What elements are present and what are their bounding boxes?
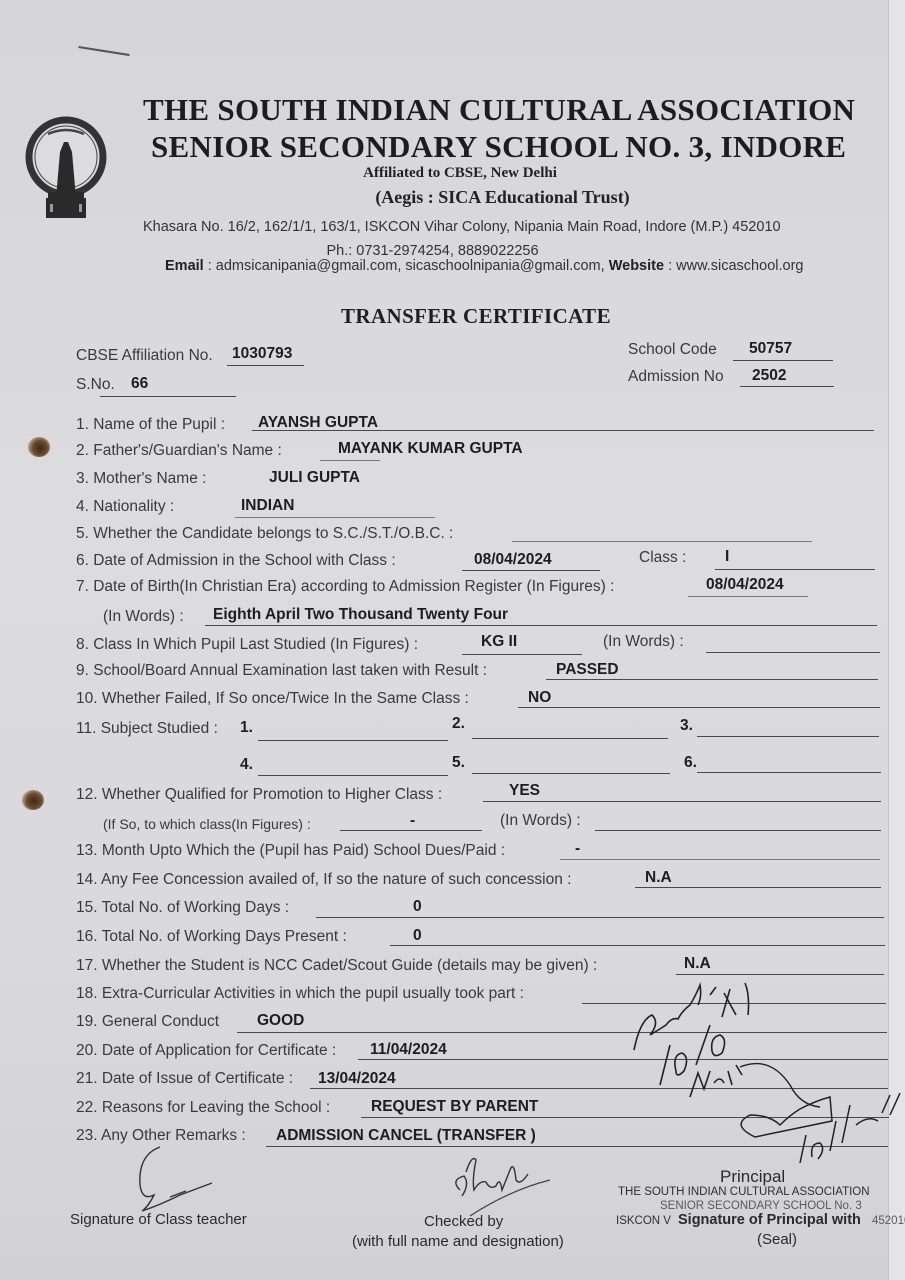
school-code-value: 50757 xyxy=(749,340,792,358)
field-20-label: 20. Date of Application for Certificate … xyxy=(76,1042,336,1060)
underline xyxy=(733,360,833,361)
aegis-text: (Aegis : SICA Educational Trust) xyxy=(0,187,905,208)
field-17-value: N.A xyxy=(684,955,711,973)
checked-by-label: Checked by xyxy=(424,1213,503,1230)
underline xyxy=(595,830,881,831)
website-value[interactable]: : www.sicaschool.org xyxy=(664,258,803,274)
document-title: TRANSFER CERTIFICATE xyxy=(341,304,611,329)
subject-5-number: 5. xyxy=(452,754,465,772)
field-1-label: 1. Name of the Pupil : xyxy=(76,416,225,434)
underline xyxy=(462,570,600,571)
field-8-words-label: (In Words) : xyxy=(603,633,684,651)
field-17-label: 17. Whether the Student is NCC Cadet/Sco… xyxy=(76,957,597,975)
field-22-label: 22. Reasons for Leaving the School : xyxy=(76,1099,330,1117)
field-8-label: 8. Class In Which Pupil Last Studied (In… xyxy=(76,636,418,654)
field-20-value: 11/04/2024 xyxy=(370,1041,447,1059)
seal-stamp-prefix: ISKCON V xyxy=(616,1215,671,1227)
underline xyxy=(205,625,877,626)
field-12-value: YES xyxy=(509,782,540,800)
sno-value: 66 xyxy=(131,375,148,393)
class-teacher-signature-icon xyxy=(120,1145,220,1215)
field-7-words-label: (In Words) : xyxy=(103,608,184,626)
school-phone: Ph.: 0731-2974254, 8889022256 xyxy=(0,243,865,259)
affiliation-text: Affiliated to CBSE, New Delhi xyxy=(40,165,880,182)
class-teacher-signature-label: Signature of Class teacher xyxy=(70,1211,247,1228)
sno-label: S.No. xyxy=(76,376,115,394)
subject-3-number: 3. xyxy=(680,717,693,735)
school-code-label: School Code xyxy=(628,341,717,359)
field-6-value: 08/04/2024 xyxy=(474,551,552,569)
field-9-value: PASSED xyxy=(556,661,619,679)
field-10-value: NO xyxy=(528,689,551,707)
field-6-label: 6. Date of Admission in the School with … xyxy=(76,552,396,570)
underline xyxy=(518,707,880,708)
org-name-line2: SENIOR SECONDARY SCHOOL NO. 3, INDORE xyxy=(151,129,846,165)
seal-stamp-line2: SENIOR SECONDARY SCHOOL No. 3 xyxy=(660,1200,862,1212)
cbse-affiliation-label: CBSE Affiliation No. xyxy=(76,347,213,365)
field-10-label: 10. Whether Failed, If So once/Twice In … xyxy=(76,690,469,708)
field-12-sub-value: - xyxy=(410,812,415,830)
field-2-value: MAYANK KUMAR GUPTA xyxy=(338,440,523,458)
field-14-label: 14. Any Fee Concession availed of, If so… xyxy=(76,871,571,889)
field-12-sub-label: (If So, to which class(In Figures) : xyxy=(103,816,311,832)
subject-4-number: 4. xyxy=(240,756,253,774)
checker-signature-icon xyxy=(440,1150,550,1220)
field-6-class-value: I xyxy=(725,548,729,566)
field-22-value: REQUEST BY PARENT xyxy=(371,1098,538,1116)
subject-1-number: 1. xyxy=(240,719,253,737)
field-2-label: 2. Father's/Guardian's Name : xyxy=(76,442,282,460)
email-label: Email xyxy=(165,258,204,274)
underline xyxy=(512,541,812,542)
principal-seal-label: (Seal) xyxy=(757,1231,797,1248)
underline xyxy=(227,365,304,366)
underline xyxy=(235,517,435,518)
underline xyxy=(340,830,482,831)
underline xyxy=(740,386,834,387)
field-12-label: 12. Whether Qualified for Promotion to H… xyxy=(76,786,442,804)
field-3-label: 3. Mother's Name : xyxy=(76,470,206,488)
subject-3-field[interactable] xyxy=(697,736,879,737)
field-12-words-label: (In Words) : xyxy=(500,812,581,830)
subject-4-field[interactable] xyxy=(258,775,448,776)
field-7-words-value: Eighth April Two Thousand Twenty Four xyxy=(213,606,508,624)
field-19-label: 19. General Conduct xyxy=(76,1013,219,1031)
underline xyxy=(688,596,808,597)
underline xyxy=(320,460,380,461)
field-15-label: 15. Total No. of Working Days : xyxy=(76,899,289,917)
subject-5-field[interactable] xyxy=(472,773,670,774)
seal-stamp-line1: THE SOUTH INDIAN CULTURAL ASSOCIATION xyxy=(618,1186,870,1198)
punch-hole-icon xyxy=(28,437,50,457)
website-label: Website xyxy=(609,258,664,274)
underline xyxy=(635,887,881,888)
handwritten-received-note-icon xyxy=(620,975,905,1165)
underline xyxy=(715,569,875,570)
underline xyxy=(316,917,884,918)
field-11-label: 11. Subject Studied : xyxy=(76,720,218,738)
cbse-affiliation-value: 1030793 xyxy=(232,345,292,363)
underline xyxy=(100,396,236,397)
field-16-value: 0 xyxy=(413,927,422,945)
field-7-value: 08/04/2024 xyxy=(706,576,784,594)
underline xyxy=(560,859,880,860)
underline xyxy=(483,801,881,802)
seal-stamp-suffix: 452010 xyxy=(872,1215,905,1227)
field-23-label: 23. Any Other Remarks : xyxy=(76,1127,246,1145)
punch-hole-icon xyxy=(22,790,44,810)
field-13-label: 13. Month Upto Which the (Pupil has Paid… xyxy=(76,842,505,860)
admission-no-value: 2502 xyxy=(752,367,786,385)
field-23-value: ADMISSION CANCEL (TRANSFER ) xyxy=(276,1127,536,1145)
field-19-value: GOOD xyxy=(257,1012,304,1030)
field-3-value: JULI GUPTA xyxy=(269,469,360,487)
subject-1-field[interactable] xyxy=(258,740,448,741)
email-value[interactable]: : admsicanipania@gmail.com, sicaschoolni… xyxy=(204,258,609,274)
underline xyxy=(252,430,874,431)
underline xyxy=(462,654,582,655)
org-name-line1: THE SOUTH INDIAN CULTURAL ASSOCIATION xyxy=(143,92,855,128)
subject-6-field[interactable] xyxy=(697,772,881,773)
field-14-value: N.A xyxy=(645,869,672,887)
underline xyxy=(546,679,878,680)
admission-no-label: Admission No xyxy=(628,368,724,386)
principal-title: Principal xyxy=(720,1167,785,1187)
field-8-value: KG II xyxy=(481,633,517,651)
school-address: Khasara No. 16/2, 162/1/1, 163/1, ISKCON… xyxy=(143,219,781,235)
subject-6-number: 6. xyxy=(684,754,697,772)
field-7-label: 7. Date of Birth(In Christian Era) accor… xyxy=(76,578,614,596)
subject-2-number: 2. xyxy=(452,715,465,733)
contact-line: Email : admsicanipania@gmail.com, sicasc… xyxy=(165,258,803,274)
underline xyxy=(390,945,885,946)
field-4-label: 4. Nationality : xyxy=(76,498,174,516)
principal-signature-label: Signature of Principal with xyxy=(678,1212,861,1228)
seal-stamp-line3: ISKCON V xyxy=(616,1215,671,1227)
field-9-label: 9. School/Board Annual Examination last … xyxy=(76,662,487,680)
subject-2-field[interactable] xyxy=(472,738,668,739)
field-6-class-label: Class : xyxy=(639,549,686,567)
field-4-value: INDIAN xyxy=(241,497,294,515)
field-15-value: 0 xyxy=(413,898,422,916)
field-21-label: 21. Date of Issue of Certificate : xyxy=(76,1070,293,1088)
field-13-value: - xyxy=(575,840,580,858)
field-16-label: 16. Total No. of Working Days Present : xyxy=(76,928,347,946)
field-5-label: 5. Whether the Candidate belongs to S.C.… xyxy=(76,525,453,543)
checked-by-sublabel: (with full name and designation) xyxy=(352,1233,564,1250)
field-21-value: 13/04/2024 xyxy=(318,1070,396,1088)
underline xyxy=(706,652,880,653)
field-18-label: 18. Extra-Curricular Activities in which… xyxy=(76,985,524,1003)
